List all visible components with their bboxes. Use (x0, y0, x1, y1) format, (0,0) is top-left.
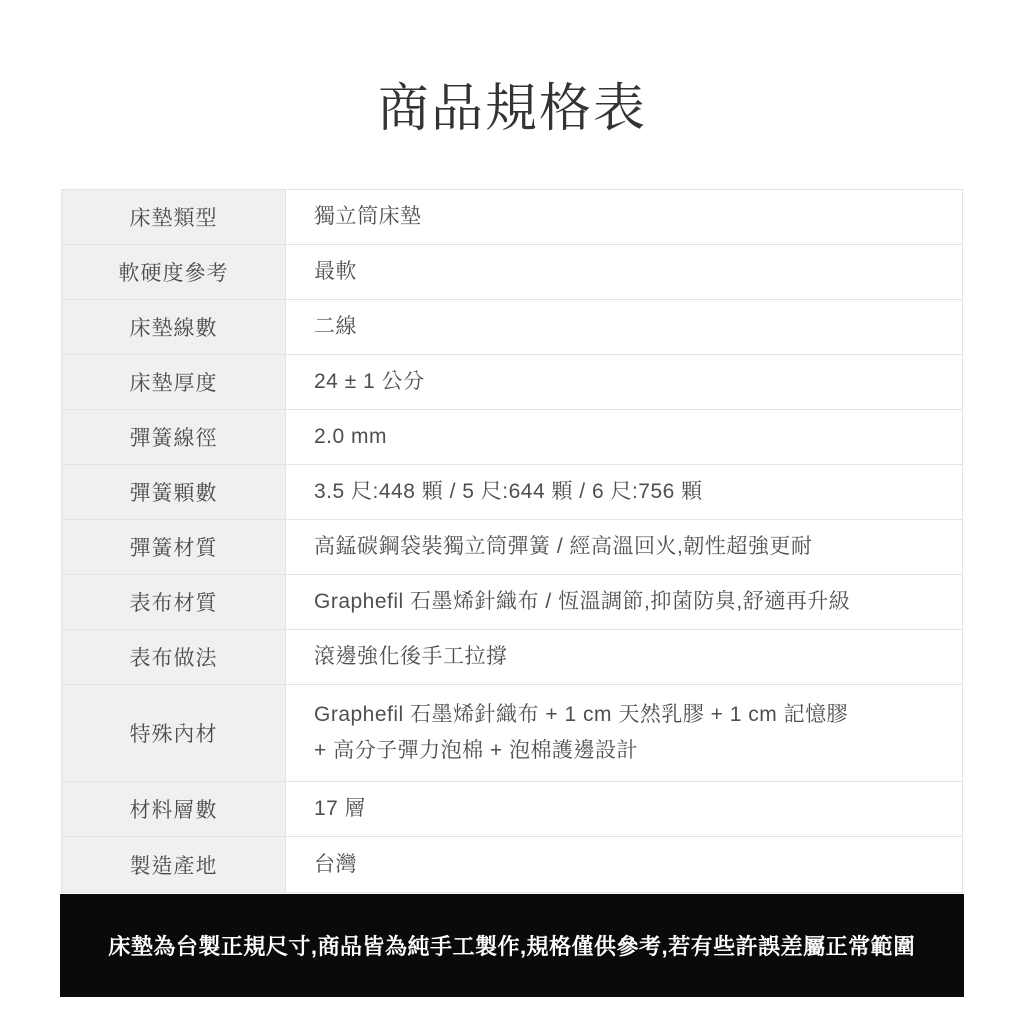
table-row: 表布做法 滾邊強化後手工拉撐 (62, 630, 962, 685)
spec-value-mattress-type: 獨立筒床墊 (286, 190, 962, 244)
table-row: 彈簧線徑 2.0 mm (62, 410, 962, 465)
spec-value-spring-gauge: 2.0 mm (286, 410, 962, 464)
spec-table: 床墊類型 獨立筒床墊 軟硬度參考 最軟 床墊線數 二線 床墊厚度 24 ± 1 … (61, 189, 963, 893)
table-row: 床墊厚度 24 ± 1 公分 (62, 355, 962, 410)
page-title: 商品規格表 (0, 66, 1024, 141)
spec-label-fabric-material: 表布材質 (62, 575, 286, 629)
spec-label-wire-count: 床墊線數 (62, 300, 286, 354)
product-spec-page: 商品規格表 床墊類型 獨立筒床墊 軟硬度參考 最軟 床墊線數 二線 床墊厚度 2… (0, 0, 1024, 1024)
spec-label-origin: 製造產地 (62, 837, 286, 892)
table-row: 彈簧顆數 3.5 尺:448 顆 / 5 尺:644 顆 / 6 尺:756 顆 (62, 465, 962, 520)
spec-value-spring-count: 3.5 尺:448 顆 / 5 尺:644 顆 / 6 尺:756 顆 (286, 465, 962, 519)
table-row: 特殊內材 Graphefil 石墨烯針織布 + 1 cm 天然乳膠 + 1 cm… (62, 685, 962, 782)
spec-value-layer-count: 17 層 (286, 782, 962, 836)
spec-value-special-inner: Graphefil 石墨烯針織布 + 1 cm 天然乳膠 + 1 cm 記憶膠 … (286, 685, 962, 781)
table-row: 軟硬度參考 最軟 (62, 245, 962, 300)
spec-label-firmness: 軟硬度參考 (62, 245, 286, 299)
spec-value-fabric-method: 滾邊強化後手工拉撐 (286, 630, 962, 684)
table-row: 彈簧材質 高錳碳鋼袋裝獨立筒彈簧 / 經高溫回火,韌性超強更耐 (62, 520, 962, 575)
table-row: 床墊類型 獨立筒床墊 (62, 190, 962, 245)
spec-label-fabric-method: 表布做法 (62, 630, 286, 684)
table-row: 製造產地 台灣 (62, 837, 962, 892)
spec-value-origin: 台灣 (286, 837, 962, 892)
spec-label-layer-count: 材料層數 (62, 782, 286, 836)
spec-value-spring-material: 高錳碳鋼袋裝獨立筒彈簧 / 經高溫回火,韌性超強更耐 (286, 520, 962, 574)
spec-label-mattress-type: 床墊類型 (62, 190, 286, 244)
spec-value-firmness: 最軟 (286, 245, 962, 299)
spec-label-special-inner: 特殊內材 (62, 685, 286, 781)
spec-value-wire-count: 二線 (286, 300, 962, 354)
spec-label-thickness: 床墊厚度 (62, 355, 286, 409)
table-row: 表布材質 Graphefil 石墨烯針織布 / 恆溫調節,抑菌防臭,舒適再升級 (62, 575, 962, 630)
spec-label-spring-material: 彈簧材質 (62, 520, 286, 574)
spec-value-thickness: 24 ± 1 公分 (286, 355, 962, 409)
table-row: 材料層數 17 層 (62, 782, 962, 837)
table-row: 床墊線數 二線 (62, 300, 962, 355)
disclaimer-banner: 床墊為台製正規尺寸,商品皆為純手工製作,規格僅供參考,若有些許誤差屬正常範圍 (60, 894, 964, 997)
spec-value-fabric-material: Graphefil 石墨烯針織布 / 恆溫調節,抑菌防臭,舒適再升級 (286, 575, 962, 629)
spec-label-spring-count: 彈簧顆數 (62, 465, 286, 519)
spec-label-spring-gauge: 彈簧線徑 (62, 410, 286, 464)
